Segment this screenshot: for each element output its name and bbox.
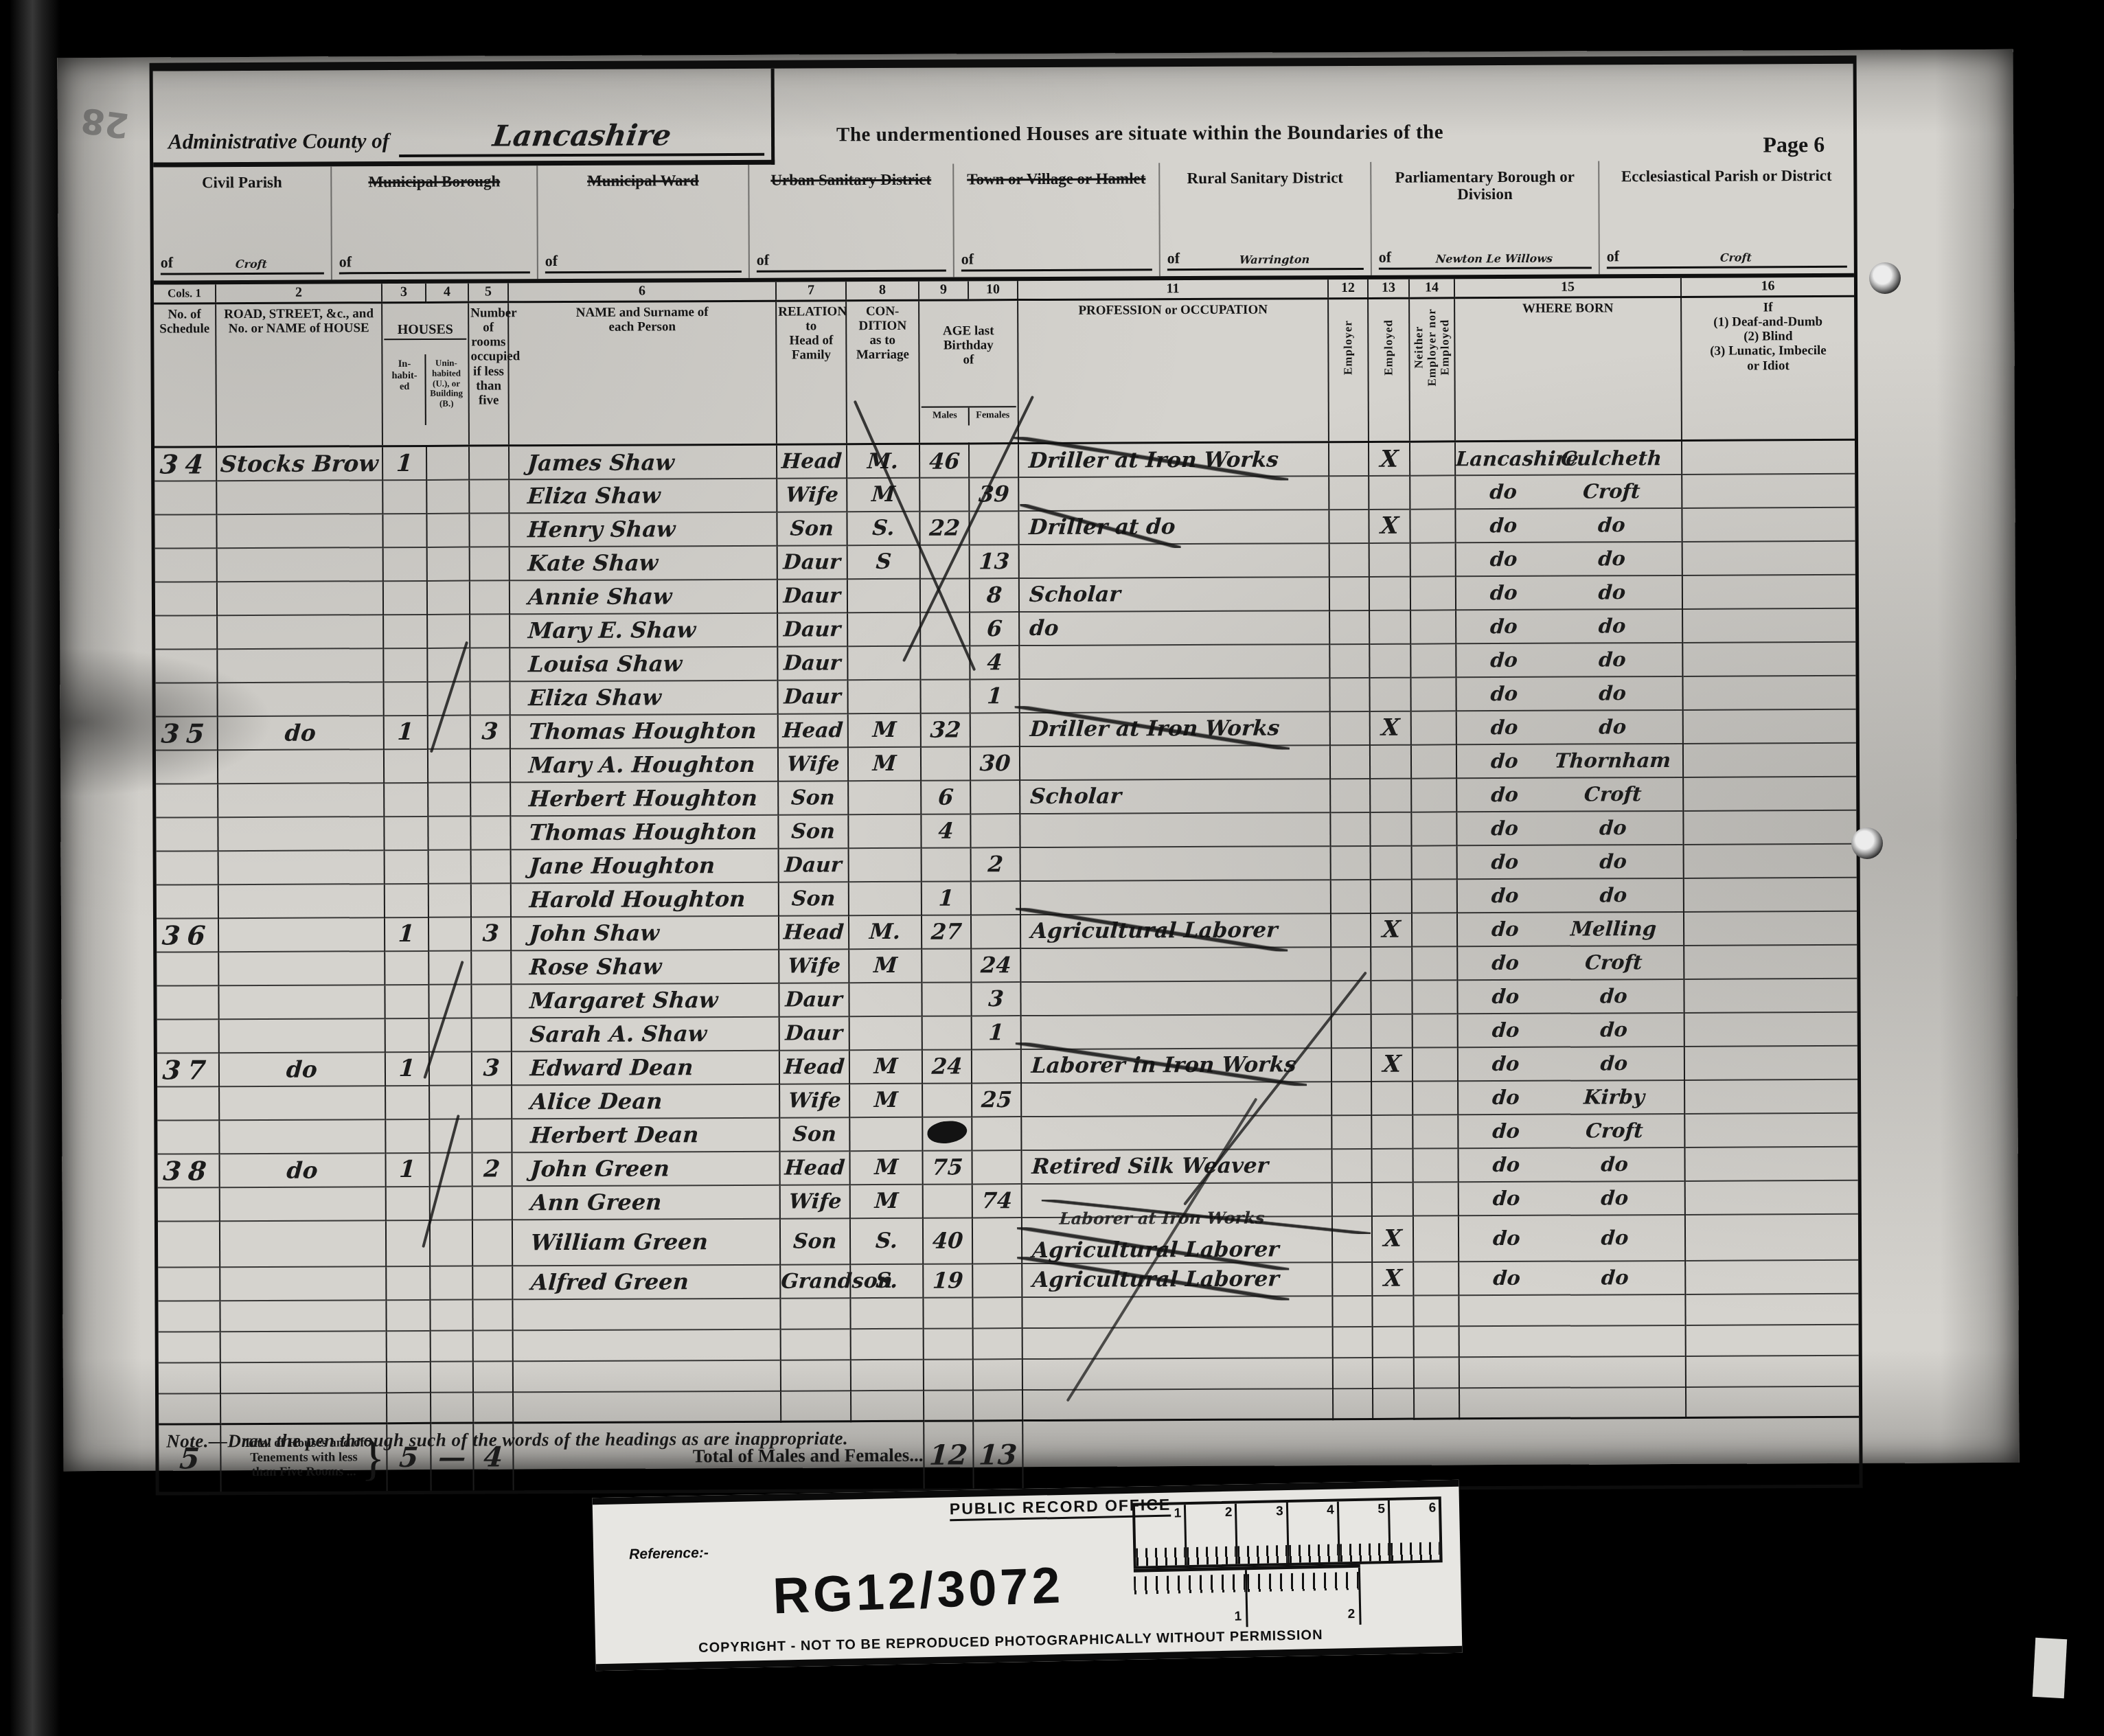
- district-field-label: Rural Sanitary District: [1167, 169, 1363, 187]
- inhabited-cell: [383, 547, 427, 581]
- employer-cell: [1329, 543, 1369, 577]
- neither-cell: [1413, 1081, 1458, 1115]
- handwritten-text: Margaret Shaw: [529, 987, 718, 1014]
- road-cell: [220, 1266, 386, 1301]
- handwritten-text: Head: [784, 1055, 845, 1079]
- schedule-cell: [156, 817, 218, 851]
- occupation-cell: do: [1019, 610, 1329, 646]
- rooms-cell: [472, 1220, 512, 1266]
- infirmity-cell: [1685, 1180, 1858, 1215]
- employed-cell: X: [1370, 711, 1411, 744]
- condition-cell: M: [847, 478, 919, 512]
- age-male-cell: 4: [921, 814, 970, 847]
- schedule-cell: 34: [155, 447, 216, 481]
- neither-cell: [1413, 1014, 1458, 1047]
- relation-cell: Son: [778, 781, 848, 814]
- name-cell: Eliza Shaw: [509, 478, 777, 513]
- handwritten-text: do: [286, 1156, 319, 1183]
- neither-cell: [1410, 576, 1456, 610]
- handwritten-text: Mary E. Shaw: [527, 617, 697, 643]
- handwritten-text: James Shaw: [527, 449, 675, 476]
- occupation-cell: [1020, 812, 1330, 847]
- neither-cell: [1410, 643, 1456, 677]
- handwritten-text: do: [1456, 547, 1552, 571]
- handwritten-text: 19: [932, 1268, 964, 1294]
- employer-cell: [1331, 1115, 1371, 1149]
- rooms-cell: [471, 984, 511, 1018]
- handwritten-text: do: [1551, 614, 1673, 638]
- road-cell: [218, 850, 385, 884]
- name-cell: Sarah A. Shaw: [512, 1016, 779, 1051]
- handwritten-text: do: [1550, 513, 1673, 537]
- inhabited-cell: [385, 985, 428, 1018]
- road-cell: [220, 1187, 386, 1221]
- ruler-number: 2: [1347, 1607, 1355, 1622]
- relation-cell: Son: [778, 814, 848, 848]
- uninhabited-cell: [427, 614, 470, 648]
- schedule-cell: [158, 1221, 220, 1267]
- rooms-cell: [469, 479, 509, 513]
- road-cell: [218, 884, 385, 918]
- age-female-cell: 1: [972, 1016, 1021, 1049]
- road-cell: [217, 648, 383, 683]
- born-cell: doCroft: [1455, 475, 1682, 509]
- column-number: 10: [968, 281, 1018, 299]
- empty-cell: [973, 1359, 1022, 1390]
- empty-cell: [1685, 1294, 1858, 1325]
- handwritten-text: do: [1552, 984, 1675, 1008]
- empty-cell: [158, 1301, 220, 1332]
- handwritten-text: 3: [987, 986, 1005, 1012]
- handwritten-text: 39: [978, 481, 1010, 507]
- rooms-cell: [472, 1119, 512, 1152]
- handwritten-text: do: [1553, 1186, 1676, 1210]
- totals-males: 12: [924, 1421, 973, 1488]
- empty-cell: [1459, 1325, 1686, 1357]
- ruler-ticks: [1391, 1542, 1440, 1560]
- employer-cell: [1329, 476, 1369, 510]
- infirmity-cell: [1684, 1080, 1857, 1114]
- column-number: 11: [1018, 279, 1328, 299]
- handwritten-text: 3: [483, 1055, 501, 1082]
- inhabited-cell: [384, 749, 428, 783]
- handwritten-text: do: [1457, 951, 1553, 975]
- handwritten-text: do: [1552, 1018, 1675, 1042]
- infirmity-cell: [1684, 1147, 1857, 1181]
- handwritten-text: do: [1459, 1266, 1555, 1290]
- age-female-cell: 13: [970, 545, 1019, 578]
- uninhabited-cell: [426, 479, 469, 513]
- empty-cell: [1414, 1357, 1459, 1388]
- rooms-cell: [471, 849, 511, 883]
- neither-cell: [1413, 1148, 1458, 1182]
- schedule-cell: 36: [157, 918, 218, 952]
- name-cell: Jane Houghton: [511, 848, 779, 883]
- schedule-cell: [155, 481, 216, 514]
- district-field-value: Newton Le Willows: [1397, 251, 1592, 266]
- district-field-value: [979, 255, 1152, 268]
- name-cell: Thomas Houghton: [510, 814, 778, 849]
- relation-cell: Head: [779, 915, 849, 949]
- condition-cell: [849, 1016, 922, 1050]
- born-cell: dodo: [1456, 609, 1682, 643]
- road-cell: [218, 783, 384, 817]
- totals-row: 5 Total of Houses and of Tenements with …: [159, 1417, 1859, 1492]
- age-male-cell: [922, 1083, 972, 1117]
- handwritten-text: 6: [986, 616, 1003, 642]
- name-cell: John Green: [512, 1151, 779, 1186]
- rooms-cell: [470, 648, 510, 681]
- employer-cell: [1330, 779, 1370, 812]
- name-cell: Louisa Shaw: [510, 646, 777, 681]
- occupation-text: Driller at Iron Works: [1029, 447, 1279, 473]
- col-females-header: Females: [968, 407, 1016, 425]
- born-cell: dodo: [1456, 676, 1682, 711]
- condition-cell: M: [849, 1050, 922, 1084]
- handwritten-text: Jane Houghton: [528, 852, 716, 879]
- paper-scrap: [2033, 1638, 2067, 1698]
- handwritten-text: do: [1456, 716, 1553, 740]
- employed-cell: X: [1369, 509, 1410, 542]
- empty-cell: [159, 1362, 220, 1393]
- column-number: 4: [426, 284, 468, 302]
- handwritten-text: X: [1383, 1225, 1403, 1253]
- uninhabited-cell: [429, 1085, 472, 1119]
- relation-cell: Daur: [779, 983, 849, 1016]
- schedule-cell: [155, 615, 217, 649]
- infirmity-cell: [1684, 1046, 1857, 1080]
- born-cell: dodo: [1457, 845, 1684, 879]
- employer-cell: [1329, 510, 1369, 543]
- handwritten-text: Daur: [783, 617, 841, 641]
- handwritten-text: X: [1380, 512, 1399, 540]
- infirmity-cell: [1683, 743, 1856, 777]
- photo-edge: [10, 0, 60, 1736]
- handwritten-text: 74: [981, 1187, 1013, 1213]
- name-cell: Mary A. Houghton: [510, 747, 778, 782]
- handwritten-text: 2: [483, 1156, 501, 1183]
- ruler-number: 2: [1225, 1505, 1233, 1520]
- handwritten-text: Alice Dean: [529, 1088, 663, 1115]
- infirmity-cell: [1685, 1214, 1858, 1261]
- relation-cell: Daur: [777, 680, 847, 713]
- name-cell: Mary E. Shaw: [510, 613, 777, 648]
- condition-cell: M: [850, 1185, 923, 1218]
- uninhabited-cell: [428, 883, 471, 917]
- condition-cell: [849, 882, 922, 915]
- age-male-cell: [922, 847, 971, 881]
- relation-cell: Daur: [777, 545, 847, 579]
- rooms-cell: [470, 782, 510, 816]
- district-field-line: ofWarrington: [1167, 249, 1364, 271]
- of-label: of: [545, 252, 558, 270]
- occupation-cell: Agricultural Laborer: [1022, 1262, 1332, 1297]
- infirmity-cell: [1682, 608, 1855, 643]
- handwritten-text: S.: [875, 1268, 898, 1293]
- relation-cell: Wife: [779, 949, 849, 983]
- neither-cell: [1411, 744, 1456, 778]
- road-cell: [218, 816, 384, 851]
- schedule-cell: [155, 548, 217, 582]
- age-male-cell: 27: [922, 915, 971, 948]
- district-field-label: Ecclesiastical Parish or District: [1606, 167, 1846, 185]
- relation-cell: Daur: [777, 613, 847, 646]
- employed-cell: [1369, 475, 1410, 509]
- handwritten-text: 2: [987, 852, 1004, 878]
- age-subheaders: Males Females: [922, 406, 1016, 426]
- district-field-label: Parliamentary Borough or Division: [1378, 168, 1591, 203]
- handwritten-text: Wife: [788, 1189, 842, 1213]
- age-male-cell: 6: [921, 780, 970, 814]
- schedule-cell: [157, 851, 218, 884]
- handwritten-text: 22: [928, 515, 961, 541]
- district-fields: Civil ParishofCroftMunicipal BoroughofMu…: [153, 160, 1854, 285]
- handwritten-text: S.: [875, 1229, 898, 1253]
- road-cell: [217, 615, 383, 649]
- handwritten-text: Head: [784, 1156, 846, 1180]
- handwritten-text: Louisa Shaw: [527, 651, 683, 678]
- handwritten-text: do: [1551, 681, 1673, 705]
- occupation-text: Laborer in Iron Works: [1031, 1053, 1296, 1079]
- schedule-cell: 35: [156, 716, 218, 750]
- employed-cell: X: [1372, 1215, 1413, 1261]
- handwritten-text: Driller at Iron Works: [1028, 447, 1279, 473]
- empty-cell: [512, 1298, 780, 1330]
- handwritten-text: Newton Le Willows: [1435, 252, 1553, 266]
- handwritten-text: 24: [930, 1053, 963, 1080]
- ruler-ticks: [1136, 1547, 1185, 1566]
- uninhabited-cell: [428, 782, 470, 816]
- occupation-cell: [1020, 947, 1331, 982]
- handwritten-text: X: [1382, 916, 1402, 944]
- relation-cell: Daur: [777, 579, 847, 613]
- schedule-cell: 38: [157, 1154, 219, 1187]
- occupation-cell: [1019, 678, 1329, 713]
- name-cell: Henry Shaw: [509, 512, 777, 547]
- employed-cell: X: [1372, 1261, 1413, 1295]
- handwritten-text: Daur: [785, 1021, 843, 1045]
- relation-cell: Son: [780, 1218, 850, 1264]
- handwritten-text: Lancashire: [1455, 446, 1551, 470]
- condition-cell: [847, 613, 920, 646]
- born-cell: dodo: [1459, 1181, 1685, 1215]
- empty-cell: [1459, 1294, 1685, 1326]
- occupation-cell: Driller at Iron Works: [1018, 442, 1329, 477]
- infirmity-cell: [1682, 575, 1855, 609]
- employer-cell: [1331, 1014, 1371, 1048]
- age-female-cell: 25: [972, 1083, 1021, 1117]
- empty-cell: [1414, 1326, 1459, 1357]
- empty-cell: [473, 1361, 513, 1392]
- neither-cell: [1413, 1261, 1459, 1295]
- employer-cell: [1329, 678, 1369, 711]
- relation-cell: Wife: [778, 747, 848, 781]
- ruler-ticks: [1187, 1546, 1236, 1565]
- of-label: of: [1379, 249, 1391, 266]
- col-name-header: NAME and Surname of each Person: [508, 301, 777, 446]
- handwritten-text: do: [1552, 883, 1675, 907]
- schedule-cell: [157, 952, 218, 985]
- inhabited-cell: 1: [385, 1153, 429, 1187]
- uninhabited-cell: [430, 1266, 472, 1299]
- handwritten-text: Stocks Brow: [220, 450, 379, 477]
- infirmity-cell: [1682, 676, 1855, 710]
- empty-cell: [781, 1391, 851, 1421]
- empty-cell: [220, 1300, 386, 1332]
- handwritten-text: M.: [869, 920, 901, 944]
- handwritten-text: 37: [162, 1054, 214, 1085]
- age-female-cell: 4: [970, 646, 1019, 679]
- relation-cell: Daur: [779, 848, 849, 882]
- schedule-cell: [158, 1187, 220, 1221]
- relation-cell: Grandson: [780, 1264, 850, 1298]
- rooms-cell: 3: [471, 917, 511, 950]
- age-male-cell: 24: [922, 1049, 972, 1083]
- census-page: 28 Administrative County of Lancashire T…: [58, 49, 2020, 1471]
- handwritten-text: Alfred Green: [530, 1269, 689, 1296]
- handwritten-text: X: [1380, 445, 1399, 472]
- handwritten-text: S.: [871, 516, 895, 540]
- houses-subheaders: In- habit- ed Unin- habited (U.), or Bui…: [384, 354, 466, 426]
- empty-cell: [220, 1331, 387, 1362]
- rooms-cell: [470, 580, 510, 614]
- employer-cell: [1329, 577, 1369, 610]
- handwritten-text: 6: [937, 784, 954, 810]
- inhabited-cell: [383, 615, 427, 648]
- empty-cell: [851, 1360, 924, 1391]
- occupation-cell: Driller at Iron Works: [1020, 711, 1330, 746]
- uninhabited-cell: [428, 749, 470, 782]
- handwritten-text: 1: [398, 920, 415, 948]
- handwritten-text: X: [1380, 714, 1400, 742]
- name-cell: Margaret Shaw: [511, 983, 779, 1018]
- handwritten-text: do: [1458, 1153, 1554, 1177]
- uninhabited-cell: [429, 1152, 472, 1186]
- relation-cell: Head: [777, 444, 847, 478]
- name-cell: Thomas Houghton: [510, 713, 778, 749]
- handwritten-text: 1: [397, 718, 415, 746]
- empty-cell: [472, 1299, 512, 1330]
- handwritten-text: Son: [792, 1122, 837, 1146]
- handwritten-text: do: [1550, 547, 1673, 571]
- empty-cell: [1414, 1388, 1459, 1419]
- of-label: of: [757, 251, 769, 269]
- handwritten-text: 3: [481, 718, 499, 746]
- ruler-number: 1: [1174, 1506, 1182, 1521]
- condition-cell: S.: [850, 1218, 923, 1264]
- handwritten-text: do: [284, 719, 317, 746]
- empty-cell: [473, 1392, 513, 1423]
- handwritten-text: do: [1551, 580, 1673, 604]
- ruler-segment: 2: [1184, 1504, 1236, 1566]
- handwritten-text: Rose Shaw: [529, 954, 663, 981]
- age-female-cell: [970, 780, 1020, 814]
- empty-cell: [972, 1297, 1022, 1328]
- col-rooms-header: Number of rooms occupied if less than fi…: [468, 301, 509, 446]
- empty-cell: [850, 1298, 923, 1329]
- uninhabited-cell: [428, 849, 471, 883]
- empty-cell: [1459, 1387, 1686, 1419]
- empty-cell: [159, 1393, 220, 1424]
- handwritten-text: Daur: [784, 651, 842, 675]
- occupation-cell: [1020, 846, 1331, 881]
- employed-cell: [1370, 778, 1411, 812]
- born-cell: dodo: [1456, 710, 1683, 744]
- handwritten-text: Daur: [785, 987, 843, 1012]
- employer-cell: [1330, 745, 1370, 779]
- ruler-ticks: [1238, 1545, 1288, 1564]
- handwritten-text: M: [873, 1155, 899, 1180]
- age-female-cell: [972, 1150, 1021, 1184]
- employed-cell: [1371, 980, 1412, 1014]
- of-label: of: [1607, 247, 1619, 265]
- employed-cell: [1371, 845, 1412, 879]
- rooms-cell: 3: [470, 715, 510, 749]
- empty-cell: [780, 1298, 850, 1329]
- age-male-cell: [922, 1016, 972, 1049]
- relation-cell: Son: [779, 882, 849, 915]
- county-row: Administrative County of Lancashire The …: [153, 64, 1854, 168]
- handwritten-text: do: [1553, 1152, 1676, 1176]
- age-male-cell: 40: [923, 1218, 972, 1264]
- empty-cell: [923, 1297, 972, 1328]
- uninhabited-cell: [430, 1220, 472, 1266]
- inhabited-cell: [384, 783, 428, 816]
- handwritten-text: Culcheth: [1550, 446, 1673, 470]
- handwritten-text: Wife: [785, 483, 839, 507]
- infirmity-cell: [1684, 844, 1857, 878]
- handwritten-text: 27: [930, 919, 963, 945]
- neither-cell: [1410, 542, 1456, 576]
- empty-cell: [1332, 1296, 1372, 1327]
- condition-cell: S: [847, 545, 920, 579]
- handwritten-text: Ann Green: [530, 1189, 663, 1216]
- empty-cell: [1022, 1296, 1332, 1328]
- county-value: Lancashire: [399, 118, 764, 157]
- schedule-cell: [156, 784, 218, 817]
- column-number: 6: [508, 282, 776, 302]
- relation-cell: Wife: [779, 1084, 849, 1117]
- infirmity-cell: [1683, 709, 1856, 744]
- road-cell: do: [218, 716, 384, 750]
- rooms-cell: [472, 1085, 512, 1119]
- district-field-line: of: [961, 249, 1152, 271]
- name-cell: John Shaw: [511, 915, 779, 950]
- occupation-text: Driller at do: [1029, 514, 1175, 540]
- ink-blot: [926, 1118, 968, 1145]
- handwritten-text: X: [1382, 1051, 1402, 1078]
- born-cell: doCroft: [1458, 1114, 1684, 1148]
- census-scan-photo: 28 Administrative County of Lancashire T…: [0, 0, 2104, 1736]
- neither-cell: [1413, 1047, 1458, 1081]
- relation-cell: Daur: [779, 1016, 849, 1050]
- column-number: 13: [1368, 279, 1409, 298]
- uninhabited-cell: [426, 446, 469, 479]
- condition-cell: [847, 680, 920, 713]
- empty-cell: [1373, 1326, 1414, 1357]
- age-female-cell: 6: [970, 612, 1019, 646]
- county-label: Administrative County of: [168, 128, 389, 158]
- column-number: 15: [1454, 278, 1681, 297]
- condition-cell: [849, 983, 922, 1016]
- occupation-cell: [1021, 1115, 1331, 1150]
- handwritten-text: Daur: [784, 685, 842, 709]
- handwritten-text: Kate Shaw: [527, 550, 659, 577]
- neither-cell: [1412, 879, 1457, 913]
- empty-cell: [1413, 1295, 1459, 1326]
- handwritten-text: do: [1553, 1226, 1676, 1250]
- of-label: of: [961, 250, 974, 268]
